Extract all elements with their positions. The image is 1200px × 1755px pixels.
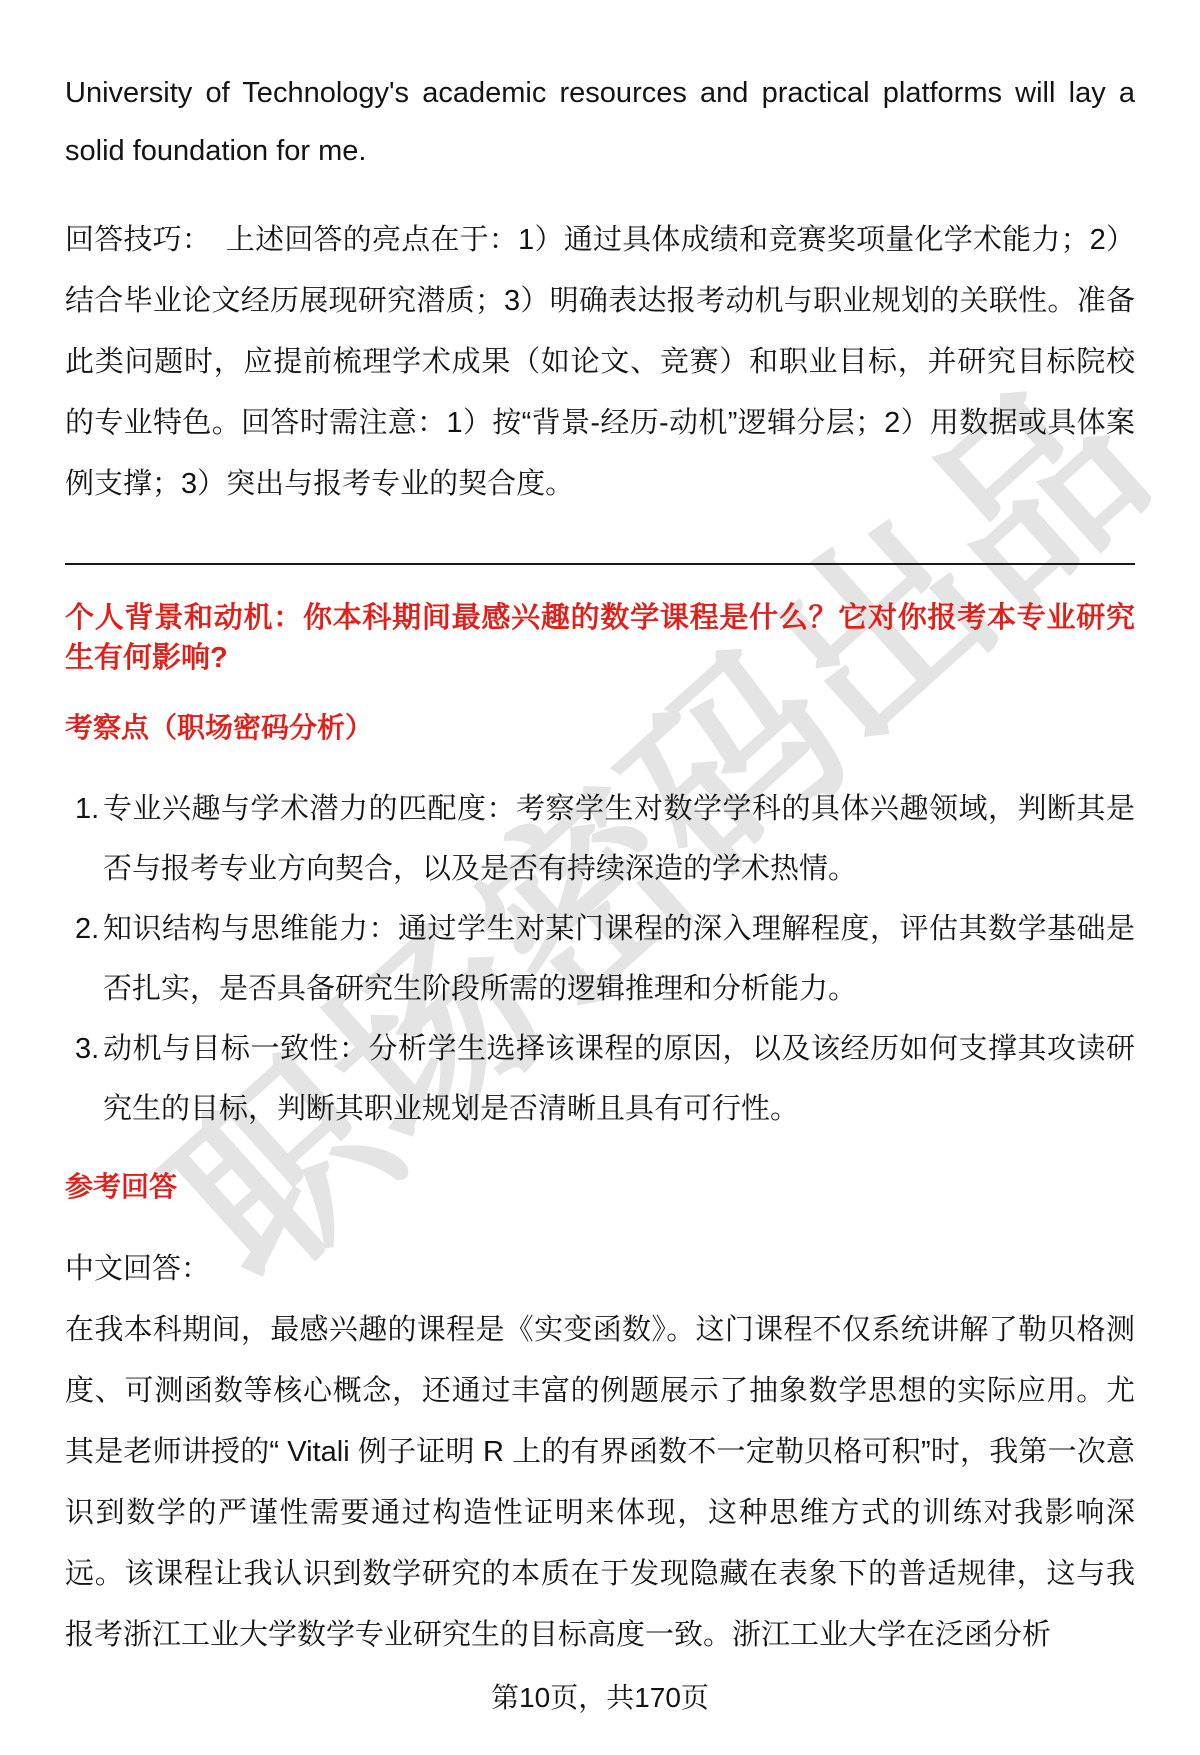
- page-content: University of Technology's academic reso…: [65, 64, 1135, 1718]
- exam-point-item: 1. 专业兴趣与学术潜力的匹配度：考察学生对数学学科的具体兴趣领域，判断其是否与…: [65, 779, 1135, 899]
- exam-points-list: 1. 专业兴趣与学术潜力的匹配度：考察学生对数学学科的具体兴趣领域，判断其是否与…: [65, 779, 1135, 1139]
- exam-point-number: 1.: [65, 779, 103, 899]
- english-intro-paragraph: University of Technology's academic reso…: [65, 64, 1135, 180]
- exam-point-item: 2. 知识结构与思维能力：通过学生对某门课程的深入理解程度，评估其数学基础是否扎…: [65, 899, 1135, 1019]
- document-page: 职场密码出品 University of Technology's academ…: [0, 0, 1200, 1755]
- chinese-answer-paragraph: 在我本科期间，最感兴趣的课程是《实变函数》。这门课程不仅系统讲解了勒贝格测度、可…: [65, 1300, 1135, 1666]
- answer-tips-paragraph: 回答技巧： 上述回答的亮点在于：1）通过具体成绩和竞赛奖项量化学术能力；2）结合…: [65, 210, 1135, 515]
- exam-point-item: 3. 动机与目标一致性：分析学生选择该课程的原因，以及该经历如何支撑其攻读研究生…: [65, 1019, 1135, 1139]
- chinese-answer-label: 中文回答：: [65, 1239, 1135, 1300]
- exam-point-number: 3.: [65, 1019, 103, 1139]
- exam-point-text: 专业兴趣与学术潜力的匹配度：考察学生对数学学科的具体兴趣领域，判断其是否与报考专…: [103, 779, 1135, 899]
- exam-point-number: 2.: [65, 899, 103, 1019]
- exam-point-text: 知识结构与思维能力：通过学生对某门课程的深入理解程度，评估其数学基础是否扎实，是…: [103, 899, 1135, 1019]
- reference-answer-heading: 参考回答: [65, 1167, 1135, 1207]
- page-number-footer: 第10页，共170页: [65, 1678, 1135, 1718]
- section-divider: [65, 563, 1135, 565]
- exam-points-heading: 考察点（职场密码分析）: [65, 708, 1135, 748]
- exam-point-text: 动机与目标一致性：分析学生选择该课程的原因，以及该经历如何支撑其攻读研究生的目标…: [103, 1019, 1135, 1139]
- question-heading: 个人背景和动机：你本科期间最感兴趣的数学课程是什么？它对你报考本专业研究生有何影…: [65, 598, 1135, 678]
